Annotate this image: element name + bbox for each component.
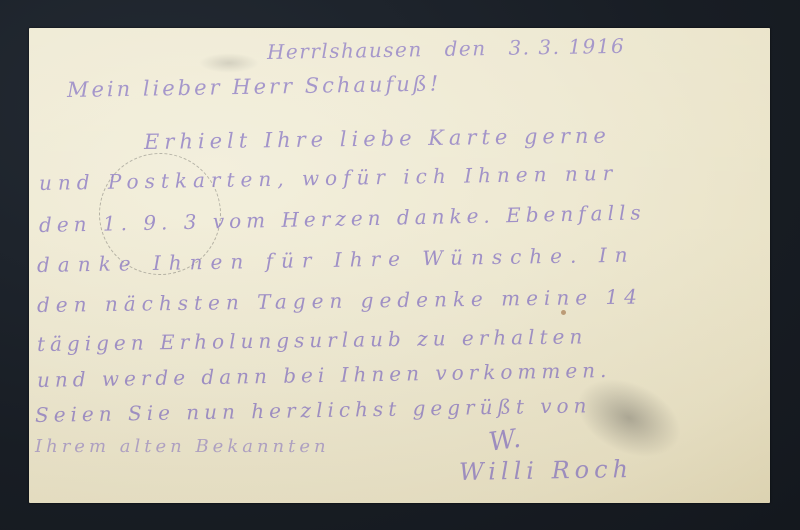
signature: Willi Roch	[459, 455, 633, 486]
ink-spot	[561, 310, 566, 315]
header-place-date: Herrlshausen den 3. 3. 1916	[267, 34, 626, 64]
body-line: Erhielt Ihre liebe Karte gerne	[144, 123, 611, 154]
postmark-smudge	[199, 53, 259, 73]
body-line: den nächsten Tagen gedenke meine 14	[37, 285, 643, 317]
body-line: Ihrem alten Bekannten	[35, 436, 330, 457]
body-line: Seien Sie nun herzlichst gegrüßt von	[35, 393, 592, 427]
header-date: 3. 3. 1916	[508, 34, 625, 60]
signature-initials: W.	[487, 423, 524, 457]
body-line: tägigen Erholungsurlaub zu erhalten	[37, 324, 588, 356]
header-place: Herrlshausen	[267, 37, 423, 64]
body-line: und werde dann bei Ihnen vorkommen.	[37, 358, 612, 392]
greeting: Mein lieber Herr Schaufuß!	[67, 71, 442, 102]
postcard: Herrlshausen den 3. 3. 1916 Mein lieber …	[29, 28, 770, 503]
header-date-prefix: den	[444, 36, 486, 61]
